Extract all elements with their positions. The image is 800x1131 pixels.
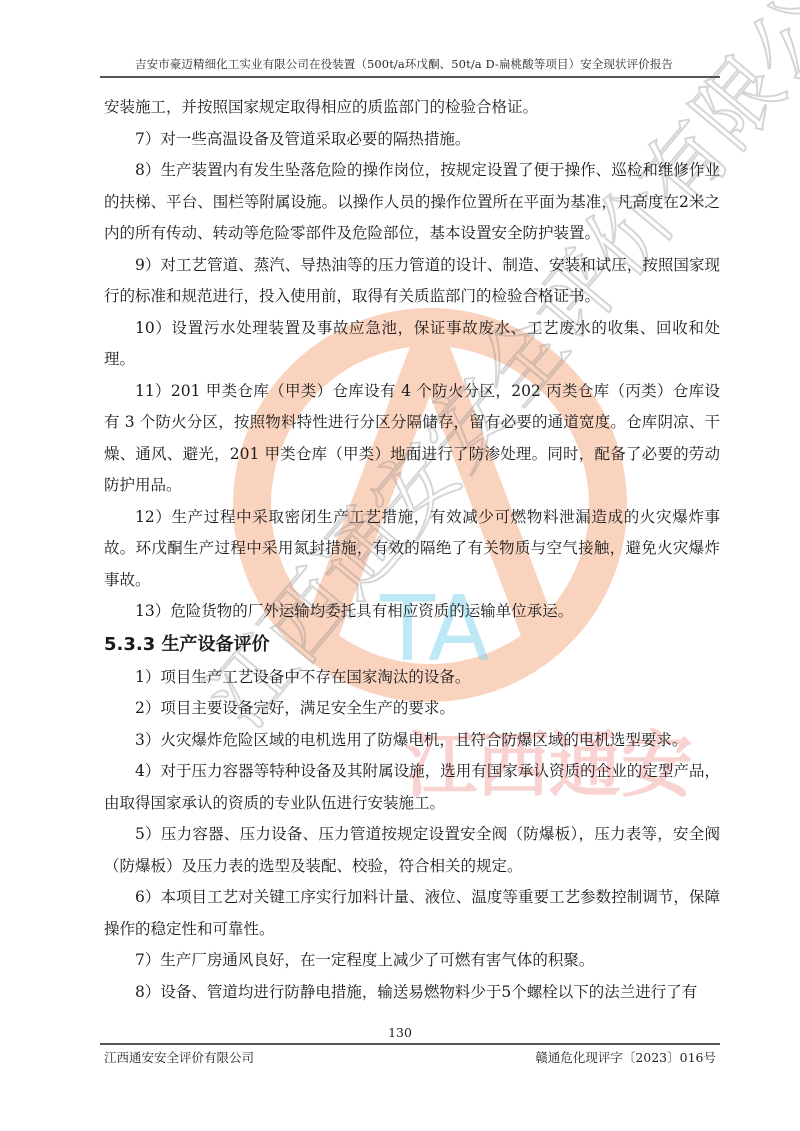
paragraph: 11）201 甲类仓库（甲类）仓库设有 4 个防火分区，202 丙类仓库（丙类）… [104,376,720,502]
footer-document-number: 赣通危化现评字〔2023〕016号 [535,1048,716,1066]
paragraph: 7）生产厂房通风良好，在一定程度上减少了可燃有害气体的积聚。 [104,945,720,977]
paragraph: 13）危险货物的厂外运输均委托具有相应资质的运输单位承运。 [104,596,720,628]
paragraph: 3）火灾爆炸危险区域的电机选用了防爆电机，且符合防爆区域的电机选型要求。 [104,725,720,757]
page-number: 130 [0,1025,800,1040]
header-divider [100,76,720,78]
section-heading: 5.3.3 生产设备评价 [104,628,720,662]
paragraph: 4）对于压力容器等特种设备及其附属设施，选用有国家承认资质的企业的定型产品，由取… [104,756,720,819]
paragraph: 9）对工艺管道、蒸汽、导热油等的压力管道的设计、制造、安装和试压，按照国家现行的… [104,250,720,313]
footer-divider [100,1043,720,1045]
footer-company: 江西通安安全评价有限公司 [104,1048,254,1066]
document-page: TA 江西通安 江西通安安全评价有限公司 吉安市豪迈精细化工实业有限公司在役装置… [0,0,800,1131]
paragraph: 2）项目主要设备完好，满足安全生产的要求。 [104,693,720,725]
paragraph: 8）设备、管道均进行防静电措施，输送易燃物料少于5个螺栓以下的法兰进行了有 [104,977,720,1009]
paragraph: 5）压力容器、压力设备、压力管道按规定设置安全阀（防爆板），压力表等，安全阀（防… [104,819,720,882]
report-header-title: 吉安市豪迈精细化工实业有限公司在役装置（500t/a环戊酮、50t/a D-扁桃… [104,56,704,72]
paragraph: 6）本项目工艺对关键工序实行加料计量、液位、温度等重要工艺参数控制调节，保障操作… [104,882,720,945]
paragraph: 安装施工，并按照国家规定取得相应的质监部门的检验合格证。 [104,92,720,124]
paragraph: 7）对一些高温设备及管道采取必要的隔热措施。 [104,124,720,156]
paragraph: 1）项目生产工艺设备中不存在国家淘汰的设备。 [104,662,720,694]
report-body: 安装施工，并按照国家规定取得相应的质监部门的检验合格证。 7）对一些高温设备及管… [104,92,720,1008]
paragraph: 12）生产过程中采取密闭生产工艺措施，有效减少可燃物料泄漏造成的火灾爆炸事故。环… [104,502,720,597]
paragraph: 10）设置污水处理装置及事故应急池，保证事故废水、工艺废水的收集、回收和处理。 [104,313,720,376]
paragraph: 8）生产装置内有发生坠落危险的操作岗位，按规定设置了便于操作、巡检和维修作业的扶… [104,155,720,250]
